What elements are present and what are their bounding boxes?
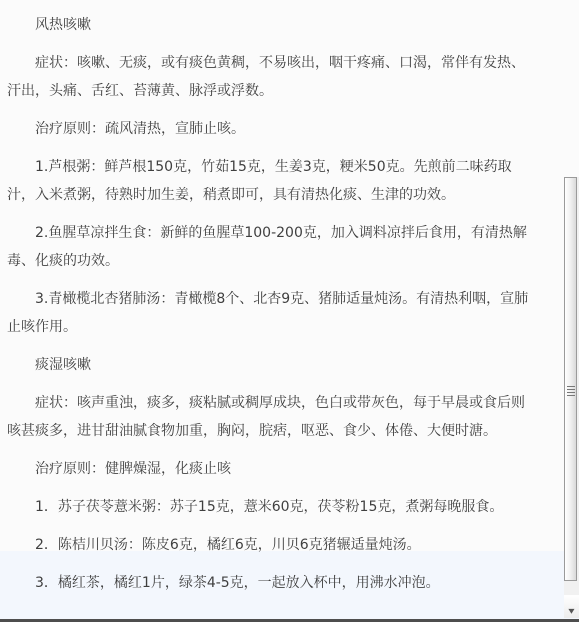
scrollbar-down-button[interactable]: ▼ (564, 595, 579, 618)
chevron-down-icon: ▼ (568, 607, 574, 617)
paragraph: 3．橘红茶，橘红1片，绿茶4-5克，一起放入杯中，用沸水冲泡。 (7, 569, 538, 597)
paragraph: 症状：咳声重浊，痰多，痰粘腻或稠厚成块，色白或带灰色，每于早晨或食后则咳甚痰多，… (7, 389, 538, 445)
paragraph: 1．苏子茯苓薏米粥：苏子15克，薏米60克，茯苓粉15克，煮粥每晚服食。 (7, 493, 538, 521)
paragraph: 治疗原则：健脾燥湿，化痰止咳 (7, 455, 538, 483)
scrollbar-grip-icon (567, 386, 575, 397)
paragraph: 治疗原则：疏风清热，宣肺止咳。 (7, 115, 538, 143)
paragraph: 2.鱼腥草凉拌生食：新鲜的鱼腥草100-200克，加入调料凉拌后食用，有清热解毒… (7, 219, 538, 275)
article-body: 风热咳嗽症状：咳嗽、无痰，或有痰色黄稠，不易咳出，咽干疼痛、口渴，常伴有发热、汗… (0, 0, 556, 607)
vertical-scrollbar[interactable]: ▼ (564, 177, 579, 618)
section-heading: 痰湿咳嗽 (7, 351, 538, 379)
paragraph: 1.芦根粥：鲜芦根150克，竹茹15克，生姜3克，粳米50克。先煎前二味药取汁，… (7, 153, 538, 209)
paragraph: 症状：咳嗽、无痰，或有痰色黄稠，不易咳出，咽干疼痛、口渴，常伴有发热、汗出，头痛… (7, 49, 538, 105)
scrollbar-thumb[interactable] (564, 177, 577, 581)
paragraph: 2．陈桔川贝汤：陈皮6克，橘红6克，川贝6克猪辗适量炖汤。 (7, 531, 538, 559)
paragraph: 3.青橄榄北杏猪肺汤：青橄榄8个、北杏9克、猪肺适量炖汤。有清热利咽，宣肺止咳作… (7, 285, 538, 341)
below-divider-gap (0, 622, 579, 627)
section-heading: 风热咳嗽 (7, 11, 538, 39)
